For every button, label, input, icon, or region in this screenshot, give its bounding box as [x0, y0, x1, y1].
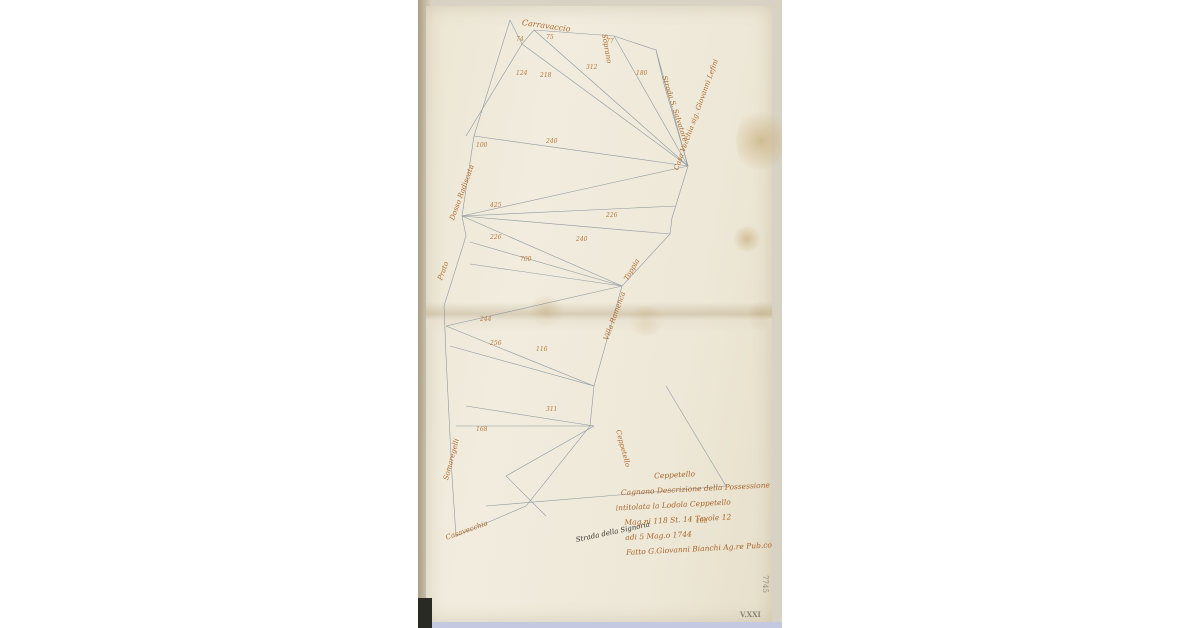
measurement: 240 — [576, 236, 587, 243]
scan-background — [418, 622, 782, 628]
measurement: 218 — [540, 72, 551, 79]
measurement: 312 — [586, 64, 597, 71]
archive-stamp: V.XXI — [740, 610, 761, 619]
measurement: 425 — [490, 202, 501, 209]
measurement: 100 — [476, 142, 487, 149]
measurement: 240 — [546, 138, 557, 145]
measurement: 226 — [490, 234, 501, 241]
measurement: 311 — [546, 406, 557, 413]
measurement: 180 — [636, 70, 647, 77]
measurement: 168 — [476, 426, 487, 433]
measurement: 75 — [546, 34, 554, 41]
measurement: 256 — [490, 340, 501, 347]
scan-background — [418, 598, 432, 628]
title-annotation: Ceppetello Cagnano Descrizione della Pos… — [614, 462, 782, 561]
measurement: 74 — [516, 36, 524, 43]
map-sheet: Carravaccio Soprano Strada S. Salvatore … — [426, 6, 772, 622]
measurement: 77 — [606, 38, 614, 45]
document-scan: Carravaccio Soprano Strada S. Salvatore … — [418, 0, 782, 628]
measurement: 116 — [536, 346, 547, 353]
measurement: 226 — [606, 212, 617, 219]
measurement: 124 — [516, 70, 527, 77]
catalog-number: 7745 — [761, 575, 769, 593]
measurement: 700 — [520, 256, 531, 263]
measurement: 244 — [480, 316, 491, 323]
